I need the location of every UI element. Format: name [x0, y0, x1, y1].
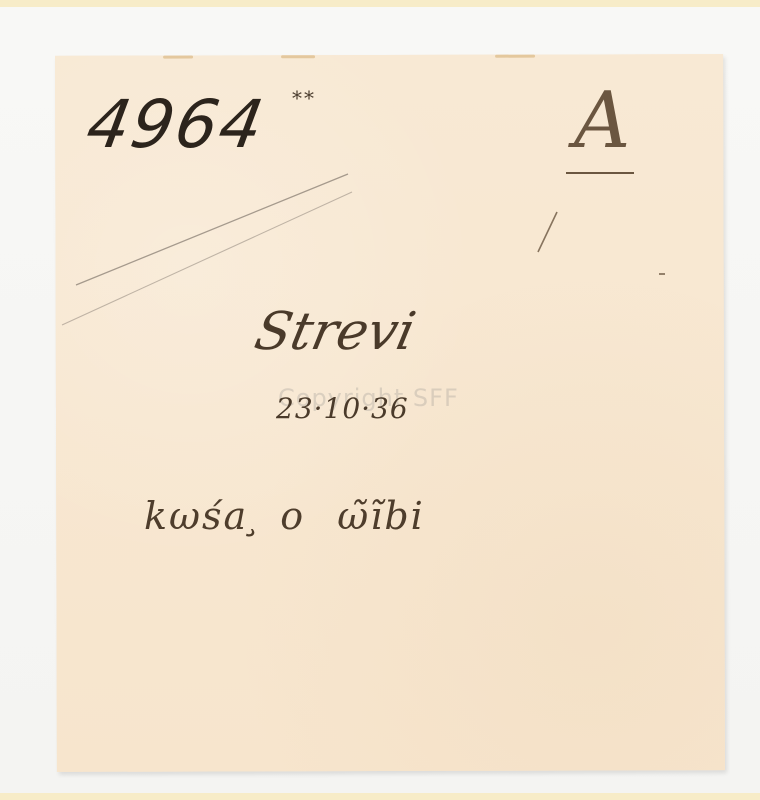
bottom-mount-strip: [0, 793, 760, 800]
grade-underline: [566, 172, 634, 174]
catalog-number: 4964: [81, 86, 271, 163]
stain-mark: [163, 56, 193, 59]
grade-letter: A: [574, 82, 630, 160]
stain-mark: [281, 55, 315, 58]
catalog-mark: **: [292, 86, 316, 110]
top-mount-strip: [0, 0, 760, 7]
collection-date: 23·10·36: [276, 392, 409, 425]
local-name-annotation: kωśa ̧o ω̃ĩbi: [144, 494, 425, 538]
stain-mark: [495, 55, 535, 58]
collection-location: Strevi: [250, 302, 421, 362]
